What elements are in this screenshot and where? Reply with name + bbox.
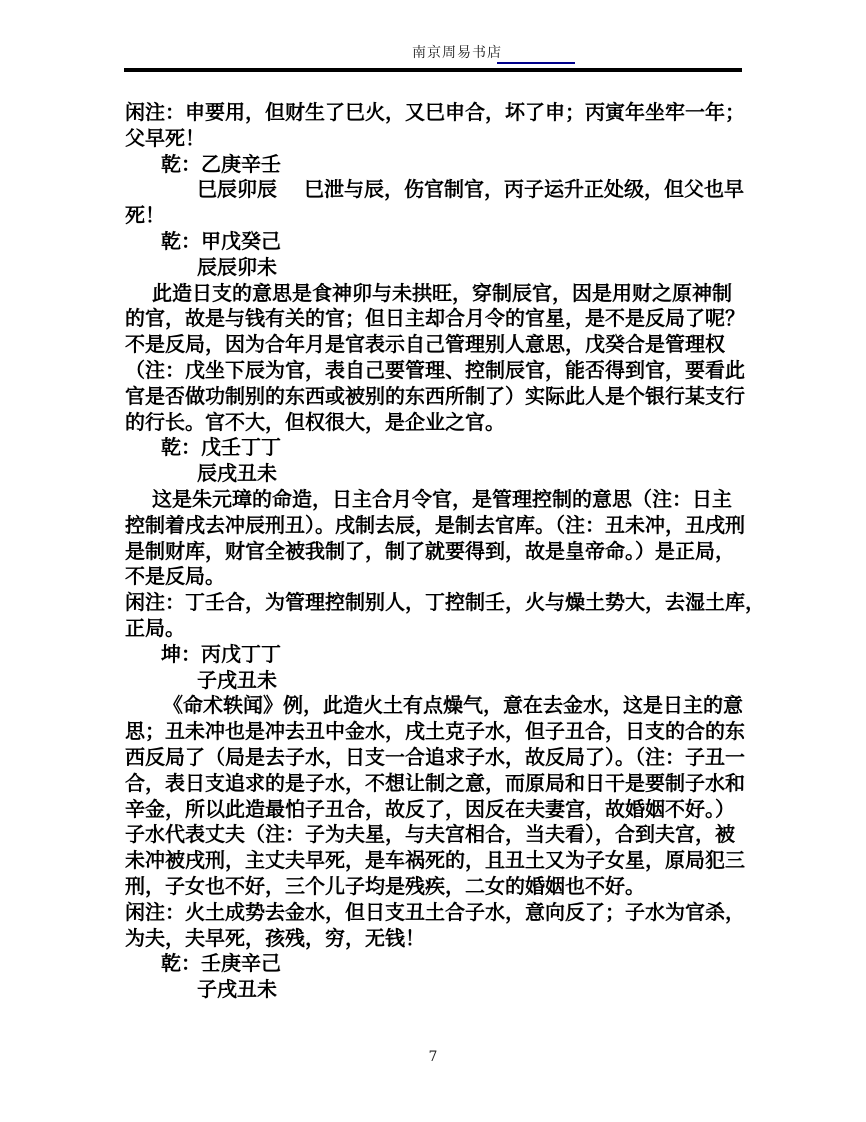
text-line: 辰辰卯未 [125, 255, 751, 281]
text-line: （注：戊坐下辰为官，表自己要管理、控制辰官，能否得到官，要看此 [125, 358, 751, 384]
text-line: 未冲被戌刑，主丈夫早死，是车祸死的，且丑土又为子女星，原局犯三 [125, 848, 751, 874]
text-line: 的官，故是与钱有关的官；但日主却合月令的官星，是不是反局了呢？ [125, 306, 751, 332]
text-line: 刑，子女也不好，三个儿子均是残疾，二女的婚姻也不好。 [125, 874, 751, 900]
text-line: 死！ [125, 203, 751, 229]
text-line: 这是朱元璋的命造，日主合月令官，是管理控制的意思（注：日主 [125, 487, 751, 513]
text-line: 闲注：申要用，但财生了巳火，又巳申合，坏了申；丙寅年坐牢一年； [125, 100, 751, 126]
text-line: 闲注：火土成势去金水，但日支丑土合子水，意向反了；子水为官杀， [125, 900, 751, 926]
text-line: 子戌丑未 [125, 977, 751, 1003]
text-line: 乾：乙庚辛壬 [125, 152, 751, 178]
text-line: 乾：甲戊癸己 [125, 229, 751, 255]
text-line: 控制着戌去冲辰刑丑）。戌制去辰，是制去官库。（注：丑未冲，丑戌刑 [125, 513, 751, 539]
text-line: 的行长。官不大，但权很大，是企业之官。 [125, 410, 751, 436]
header-rule [124, 68, 742, 72]
text-line: 为夫，夫早死，孩残，穷，无钱！ [125, 926, 751, 952]
document-body: 闲注：申要用，但财生了巳火，又巳申合，坏了申；丙寅年坐牢一年；父早死！乾：乙庚辛… [125, 100, 751, 1003]
text-line: 合，表日支追求的是子水，不想让制之意，而原局和日干是要制子水和 [125, 771, 751, 797]
text-line: 官是否做功制别的东西或被别的东西所制了）实际此人是个银行某支行 [125, 384, 751, 410]
text-line: 巳辰卯辰 巳泄与辰，伤官制官，丙子运升正处级，但父也早 [125, 177, 751, 203]
text-line: 辰戌丑未 [125, 461, 751, 487]
text-line: 闲注：丁壬合，为管理控制别人，丁控制壬，火与燥土势大，去湿土库， [125, 590, 751, 616]
text-line: 父早死！ [125, 126, 751, 152]
text-line: 子戌丑未 [125, 668, 751, 694]
document-page: 南京周易书店 闲注：申要用，但财生了巳火，又巳申合，坏了申；丙寅年坐牢一年；父早… [0, 0, 866, 1122]
text-line: 不是反局，因为合年月是官表示自己管理别人意思，戊癸合是管理权 [125, 332, 751, 358]
text-line: 西反局了（局是去子水，日支一合追求子水，故反局了）。（注：子丑一 [125, 745, 751, 771]
text-line: 思；丑未冲也是冲去丑中金水，戌土克子水，但子丑合，日支的合的东 [125, 719, 751, 745]
text-line: 是制财库，财官全被我制了，制了就要得到，故是皇帝命。）是正局， [125, 539, 751, 565]
text-line: 子水代表丈夫（注：子为夫星，与夫宫相合，当夫看），合到夫宫，被 [125, 822, 751, 848]
text-line: 乾：戊壬丁丁 [125, 435, 751, 461]
text-line: 乾：壬庚辛己 [125, 951, 751, 977]
text-line: 此造日支的意思是食神卯与未拱旺，穿制辰官，因是用财之原神制 [125, 281, 751, 307]
header-blank-underline [497, 62, 575, 64]
text-line: 辛金，所以此造最怕子丑合，故反了，因反在夫妻宫，故婚姻不好。） [125, 797, 751, 823]
text-line: 《命术轶闻》例，此造火土有点燥气，意在去金水，这是日主的意 [125, 693, 751, 719]
page-number: 7 [0, 1049, 866, 1065]
text-line: 正局。 [125, 616, 751, 642]
text-line: 不是反局。 [125, 564, 751, 590]
text-line: 坤：丙戊丁丁 [125, 642, 751, 668]
header-store-name: 南京周易书店 [412, 44, 502, 62]
